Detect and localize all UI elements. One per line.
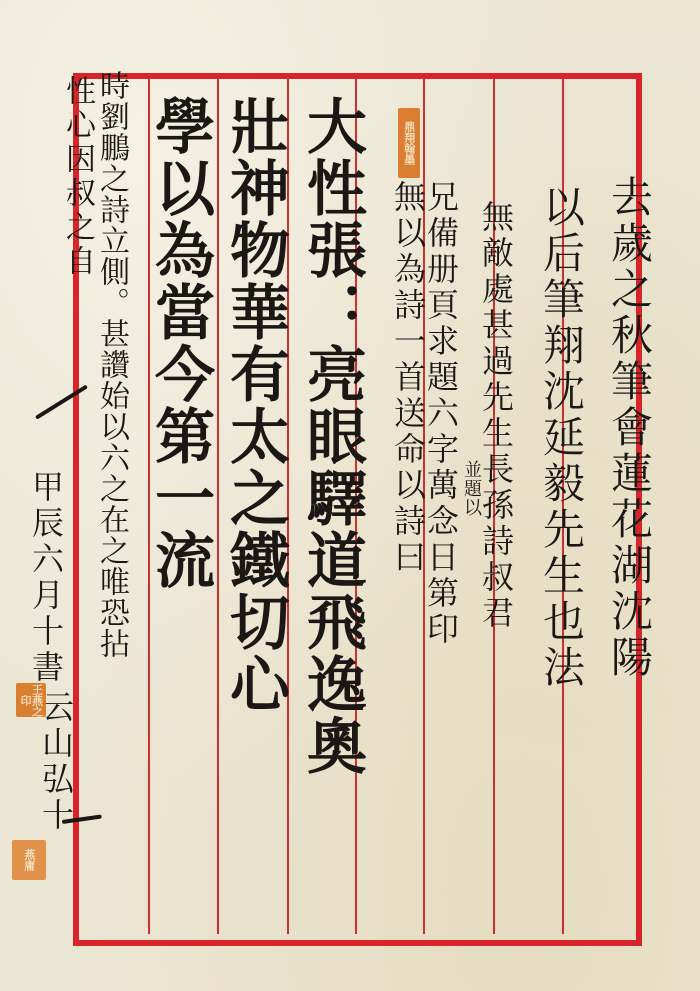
- seal-bottom-2: 燕庸: [12, 840, 46, 880]
- calligraphy-column-3: 無敵處甚過先生長孫詩叔君: [480, 200, 512, 632]
- calligraphy-column-large-1: 大性張：亮眼驛道飛逸奧: [302, 95, 362, 777]
- calligraphy-column-small-left: 時劉鵬之詩立側。甚讚始以六之在之唯恐拈: [96, 70, 126, 659]
- column-rule: [217, 79, 219, 934]
- seal-top: 鼎翔翰墨: [398, 108, 420, 178]
- calligraphy-column-5: 無以為詩一首送命以詩曰: [392, 180, 424, 576]
- date-inscription: 甲辰六月十書: [30, 470, 62, 686]
- calligraphy-column-large-2: 壯神物華有太之鐵切心: [225, 95, 285, 715]
- calligraphy-annotation: 並題以: [462, 460, 480, 517]
- calligraphy-column-margin: 性心因叔之自: [62, 75, 92, 279]
- calligraphy-column-large-3: 學以為當今第一流: [150, 95, 210, 591]
- calligraphy-column-2: 以后筆翔沈延毅先生也法: [540, 185, 582, 691]
- calligraphy-column-1: 去歲之秋筆會蓮花湖沈陽: [608, 175, 650, 681]
- calligraphy-column-4: 兄備册頁求題六字萬念日第印: [425, 180, 457, 648]
- seal-bottom-1: 王燕之印: [16, 683, 46, 717]
